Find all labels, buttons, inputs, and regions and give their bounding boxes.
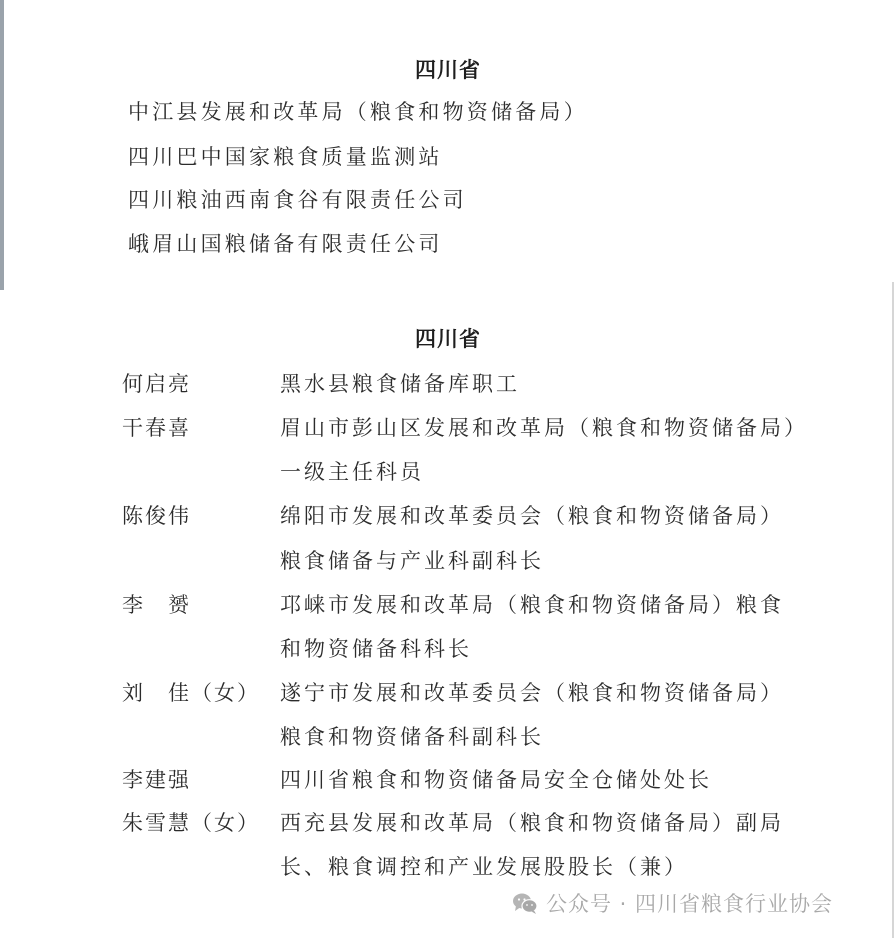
person-name: 何启亮 bbox=[122, 368, 191, 398]
org-item: 峨眉山国粮储备有限责任公司 bbox=[128, 228, 443, 258]
person-name: 刘 佳（女） bbox=[122, 677, 260, 707]
person-title: 黑水县粮食储备库职工 bbox=[280, 368, 520, 398]
person-title: 眉山市彭山区发展和改革局（粮食和物资储备局） bbox=[280, 412, 808, 442]
person-title: 绵阳市发展和改革委员会（粮食和物资储备局） bbox=[280, 500, 784, 530]
person-title: 西充县发展和改革局（粮食和物资储备局）副局 bbox=[280, 807, 784, 837]
person-name: 陈俊伟 bbox=[122, 500, 191, 530]
person-title-continued: 一级主任科员 bbox=[280, 456, 424, 486]
person-title: 邛崃市发展和改革局（粮食和物资储备局）粮食 bbox=[280, 589, 784, 619]
org-item: 四川巴中国家粮食质量监测站 bbox=[128, 141, 443, 171]
org-item: 四川粮油西南食谷有限责任公司 bbox=[128, 184, 467, 214]
person-title-continued: 长、粮食调控和产业发展股股长（兼） bbox=[280, 851, 688, 881]
person-title-continued: 和物资储备科科长 bbox=[280, 633, 472, 663]
section-heading-units: 四川省 bbox=[0, 54, 896, 84]
person-name: 李建强 bbox=[122, 764, 191, 794]
section-heading-individuals: 四川省 bbox=[0, 323, 896, 353]
watermark-text: 公众号 · 四川省粮食行业协会 bbox=[546, 888, 833, 918]
person-name: 朱雪慧（女） bbox=[122, 807, 260, 837]
person-title: 四川省粮食和物资储备局安全仓储处处长 bbox=[280, 764, 712, 794]
wechat-icon bbox=[512, 892, 538, 914]
page-edge-right bbox=[892, 282, 894, 938]
person-name: 干春喜 bbox=[122, 412, 191, 442]
org-item: 中江县发展和改革局（粮食和物资储备局） bbox=[128, 96, 588, 126]
page-edge-left bbox=[0, 0, 4, 290]
person-title: 遂宁市发展和改革委员会（粮食和物资储备局） bbox=[280, 677, 784, 707]
person-name: 李 赟 bbox=[122, 589, 191, 619]
person-title-continued: 粮食储备与产业科副科长 bbox=[280, 545, 544, 575]
person-title-continued: 粮食和物资储备科副科长 bbox=[280, 721, 544, 751]
watermark: 公众号 · 四川省粮食行业协会 bbox=[512, 888, 833, 918]
